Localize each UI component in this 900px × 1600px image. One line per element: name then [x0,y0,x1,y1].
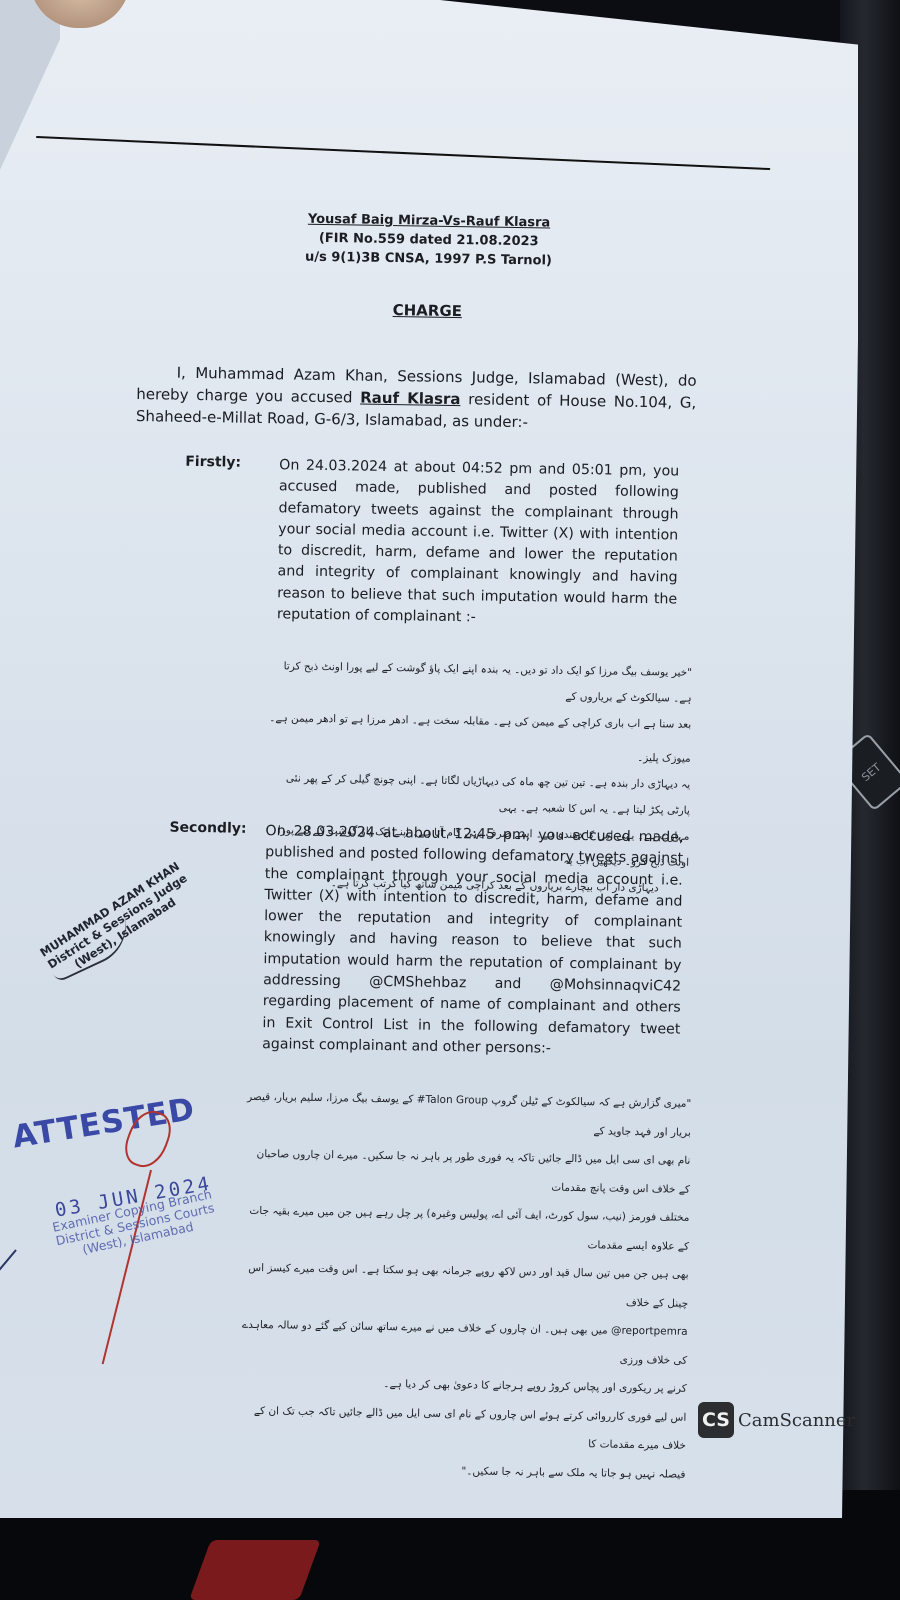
urdu-line: reportpemra@ میں بھی ہیں۔ ان چاروں کے خل… [239,1311,688,1375]
accused-name: Rauf Klasra [360,389,461,409]
urdu-line: "میری گزارش ہے کہ سیالکوٹ کے ٹیلن گروپ T… [243,1083,692,1147]
charge-text-firstly: On 24.03.2024 at about 04:52 pm and 05:0… [277,455,680,632]
urdu-line: اس لیے فوری کارروائی کرتے ہوئے اس چاروں … [238,1396,687,1460]
charge-label-firstly: Firstly: [185,454,241,471]
urdu-line: بھی ہیں جن میں تین سال قید اور دس لاکھ ر… [240,1254,689,1318]
charge-text-secondly: On 28.03.2024 at about 12:45 pm, you acc… [262,821,684,1062]
intro-paragraph: I, Muhammad Azam Khan, Sessions Judge, I… [136,361,697,436]
camscanner-watermark: CS CamScanner [698,1402,855,1438]
urdu-line: مختلف فورمز (نیب، سول کورٹ، ایف آئی اے، … [241,1197,690,1261]
section-line: u/s 9(1)3B CNSA, 1997 P.S Tarnol) [298,248,558,271]
urdu-line: یہ دیہاڑی دار بندہ ہے۔ تین تین چھ ماہ کی… [262,765,691,824]
charge-label-secondly: Secondly: [169,820,246,837]
urdu-line: نام بھی ای سی ایل میں ڈالے جائیں تاکہ یہ… [242,1140,691,1204]
case-caption: Yousaf Baig Mirza-Vs-Rauf Klasra (FIR No… [298,210,559,271]
camscanner-logo-icon: CS [698,1402,734,1438]
urdu-line: "خیر یوسف بیگ مرزا کو ایک داد تو دیں۔ یہ… [263,653,692,712]
urdu-tweet-2: "میری گزارش ہے کہ سیالکوٹ کے ٹیلن گروپ T… [237,1083,691,1489]
camscanner-label: CamScanner [738,1410,855,1431]
urdu-line: بعد سنا ہے اب باری کراچی کے میمن کی ہے۔ … [263,705,691,738]
document: Yousaf Baig Mirza-Vs-Rauf Klasra (FIR No… [0,0,900,1600]
charge-heading: CHARGE [393,301,463,320]
